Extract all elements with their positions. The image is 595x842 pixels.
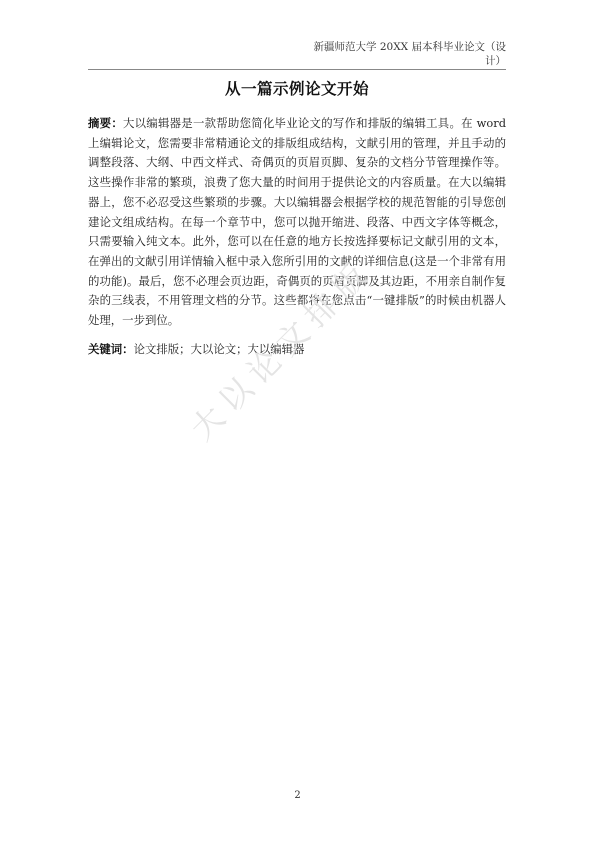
keywords-line: 关键词：论文排版；大以论文；大以编辑器 — [88, 340, 506, 358]
running-header: 新疆师范大学 20XX 届本科毕业论文（设 计） — [88, 40, 506, 68]
page-number: 2 — [0, 790, 595, 801]
header-line-2: 计） — [88, 54, 506, 68]
header-line-1: 新疆师范大学 20XX 届本科毕业论文（设 — [88, 40, 506, 54]
page-title: 从一篇示例论文开始 — [88, 77, 506, 99]
abstract-text: 大以编辑器是一款帮助您简化毕业论文的写作和排版的编辑工具。在 word 上编辑论… — [88, 116, 506, 327]
keywords-text: 论文排版；大以论文；大以编辑器 — [134, 342, 305, 356]
keywords-label: 关键词： — [88, 342, 134, 356]
header-rule — [88, 69, 506, 70]
abstract-label: 摘要： — [88, 116, 123, 130]
abstract-paragraph: 摘要：大以编辑器是一款帮助您简化毕业论文的写作和排版的编辑工具。在 word 上… — [88, 114, 506, 331]
